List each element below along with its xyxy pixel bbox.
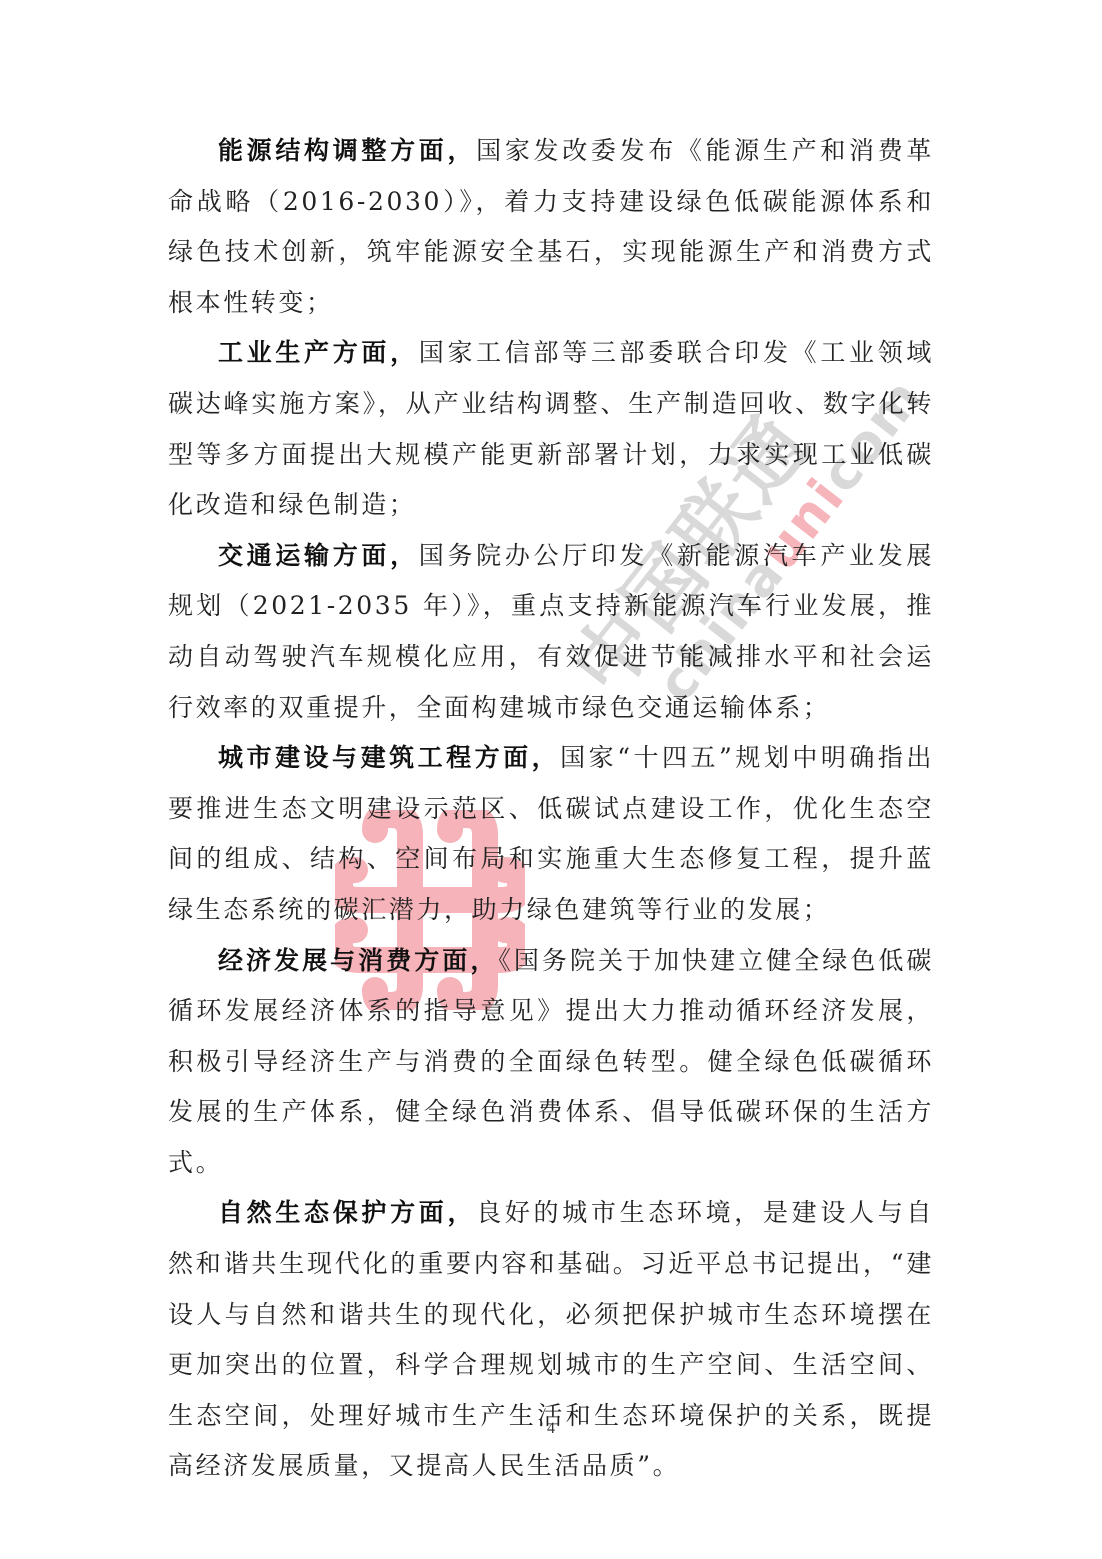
paragraph-lead: 城市建设与建筑工程方面， (218, 743, 560, 772)
paragraph-industrial-production: 工业生产方面，国家工信部等三部委联合印发《工业领域碳达峰实施方案》，从产业结构调… (168, 328, 934, 530)
paragraph-energy-structure: 能源结构调整方面，国家发改委发布《能源生产和消费革命战略（2016-2030）》… (168, 126, 934, 328)
paragraph-economy-consumption: 经济发展与消费方面，《国务院关于加快建立健全绿色低碳循环发展经济体系的指导意见》… (168, 936, 934, 1189)
paragraph-lead: 交通运输方面， (218, 541, 419, 570)
paragraph-lead: 自然生态保护方面， (218, 1198, 476, 1227)
paragraph-lead: 能源结构调整方面， (218, 136, 476, 165)
paragraph-transportation: 交通运输方面，国务院办公厅印发《新能源汽车产业发展规划（2021-2035 年）… (168, 531, 934, 733)
paragraph-lead: 工业生产方面， (218, 338, 419, 367)
paragraph-lead: 经济发展与消费方面， (218, 946, 498, 975)
document-body: 能源结构调整方面，国家发改委发布《能源生产和消费革命战略（2016-2030）》… (168, 126, 934, 1492)
paragraph-text: 良好的城市生态环境，是建设人与自然和谐共生现代化的重要内容和基础。习近平总书记提… (168, 1198, 934, 1480)
paragraph-urban-construction: 城市建设与建筑工程方面，国家“十四五”规划中明确指出要推进生态文明建设示范区、低… (168, 733, 934, 935)
document-page: 中国联通 chinaunicom 能源结构调整方面，国家发改委发布《能源生产和消… (0, 0, 1102, 1559)
paragraph-ecological-protection: 自然生态保护方面，良好的城市生态环境，是建设人与自然和谐共生现代化的重要内容和基… (168, 1188, 934, 1492)
paragraph-text: 《国务院关于加快建立健全绿色低碳循环发展经济体系的指导意见》提出大力推动循环经济… (168, 946, 934, 1177)
